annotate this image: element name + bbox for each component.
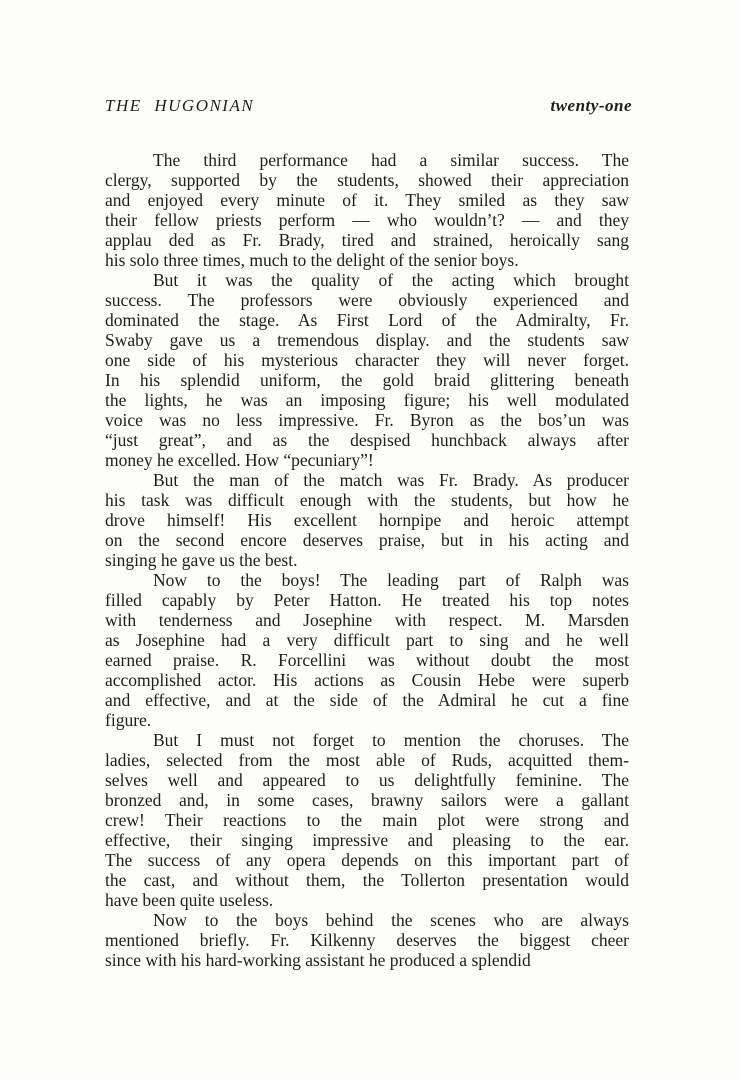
text-line: Now to the boys! The leading part of Ral… — [105, 570, 629, 590]
scanned-document-page: THE HUGONIAN twenty-one The third perfor… — [0, 0, 739, 1079]
text-line: success. The professors were obviously e… — [105, 290, 629, 310]
text-line: selves well and appeared to us delightfu… — [105, 770, 629, 790]
running-head: THE HUGONIAN twenty-one — [105, 96, 632, 116]
text-line: with tenderness and Josephine with respe… — [105, 610, 629, 630]
text-line: But the man of the match was Fr. Brady. … — [105, 470, 629, 490]
text-line: singing he gave us the best. — [105, 550, 629, 570]
text-line: money he excelled. How “pecuniary”! — [105, 450, 629, 470]
text-line: crew! Their reactions to the main plot w… — [105, 810, 629, 830]
text-line: But it was the quality of the acting whi… — [105, 270, 629, 290]
text-line: applau ded as Fr. Brady, tired and strai… — [105, 230, 629, 250]
paragraph: But I must not forget to mention the cho… — [105, 730, 629, 910]
text-line: effective, their singing impressive and … — [105, 830, 629, 850]
text-line: filled capably by Peter Hatton. He treat… — [105, 590, 629, 610]
text-line: ladies, selected from the most able of R… — [105, 750, 629, 770]
page-body: The third performance had a similar succ… — [105, 150, 629, 970]
paragraph: But it was the quality of the acting whi… — [105, 270, 629, 470]
paragraph: The third performance had a similar succ… — [105, 150, 629, 270]
text-line: one side of his mysterious character the… — [105, 350, 629, 370]
paragraph: But the man of the match was Fr. Brady. … — [105, 470, 629, 570]
text-line: “just great”, and as the despised hunchb… — [105, 430, 629, 450]
text-line: his task was difficult enough with the s… — [105, 490, 629, 510]
text-line: clergy, supported by the students, showe… — [105, 170, 629, 190]
text-line: his solo three times, much to the deligh… — [105, 250, 629, 270]
text-line: The third performance had a similar succ… — [105, 150, 629, 170]
text-line: In his splendid uniform, the gold braid … — [105, 370, 629, 390]
text-line: The success of any opera depends on this… — [105, 850, 629, 870]
text-line: bronzed and, in some cases, brawny sailo… — [105, 790, 629, 810]
text-line: dominated the stage. As First Lord of th… — [105, 310, 629, 330]
text-line: and effective, and at the side of the Ad… — [105, 690, 629, 710]
text-line: the lights, he was an imposing figure; h… — [105, 390, 629, 410]
paragraph: Now to the boys! The leading part of Ral… — [105, 570, 629, 730]
text-line: Swaby gave us a tremendous display. and … — [105, 330, 629, 350]
text-line: and enjoyed every minute of it. They smi… — [105, 190, 629, 210]
text-line: their fellow priests perform — who would… — [105, 210, 629, 230]
text-line: mentioned briefly. Fr. Kilkenny deserves… — [105, 930, 629, 950]
text-line: as Josephine had a very difficult part t… — [105, 630, 629, 650]
page-number: twenty-one — [551, 96, 633, 116]
text-line: since with his hard-working assistant he… — [105, 950, 629, 970]
text-line: Now to the boys behind the scenes who ar… — [105, 910, 629, 930]
text-line: earned praise. R. Forcellini was without… — [105, 650, 629, 670]
text-line: voice was no less impressive. Fr. Byron … — [105, 410, 629, 430]
text-line: accomplished actor. His actions as Cousi… — [105, 670, 629, 690]
journal-title: THE HUGONIAN — [105, 96, 254, 116]
paragraph: Now to the boys behind the scenes who ar… — [105, 910, 629, 970]
text-line: figure. — [105, 710, 629, 730]
text-line: But I must not forget to mention the cho… — [105, 730, 629, 750]
text-line: on the second encore deserves praise, bu… — [105, 530, 629, 550]
text-line: drove himself! His excellent hornpipe an… — [105, 510, 629, 530]
text-line: the cast, and without them, the Tollerto… — [105, 870, 629, 890]
text-line: have been quite useless. — [105, 890, 629, 910]
